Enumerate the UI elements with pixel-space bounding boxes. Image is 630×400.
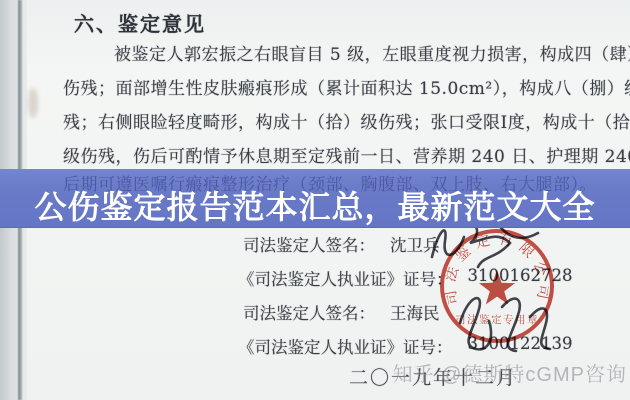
signer-label: 司法鉴定人签名： — [243, 300, 375, 324]
signer-row: 司法鉴定人签名： 王海民 — [243, 300, 440, 324]
body-line: 级伤残，伤后可酌情予休息期至定残前一日、营养期 240 日、护理期 240 日； — [63, 142, 630, 167]
body-line: 伤残；面部增生性皮肤瘢痕形成（累计面积达 15.0cm²），构成八（捌）级伤 — [63, 74, 630, 99]
title-banner: 后期可遵医嘱行瘢痕整形治疗（颈部、胸腹部、双上肢、右大腿部）。 公伤鉴定报告范本… — [0, 169, 630, 228]
body-line: 被鉴定人郭宏振之右眼盲目 5 级，左眼重度视力损害，构成四（肆）级 — [114, 40, 630, 65]
zhihu-watermark: 知乎 @德斯特cGMP咨询 — [393, 358, 627, 387]
article-title: 公伤鉴定报告范本汇总，最新范文大全 — [0, 182, 630, 228]
signer-label: 司法鉴定人签名： — [243, 232, 375, 256]
signer-row: 司法鉴定人签名： 沈卫兵 — [243, 232, 440, 256]
section-heading: 六、鉴定意见 — [74, 8, 206, 37]
body-line: 残；右侧眼睑轻度畸形，构成十（拾）级伤残；张口受限Ⅰ度，构成十（拾） — [63, 108, 630, 133]
signature-wang-haimin — [448, 287, 573, 357]
paper-smudge — [28, 88, 38, 118]
report-photo: 六、鉴定意见 被鉴定人郭宏振之右眼盲目 5 级，左眼重度视力损害，构成四（肆）级… — [0, 0, 630, 400]
